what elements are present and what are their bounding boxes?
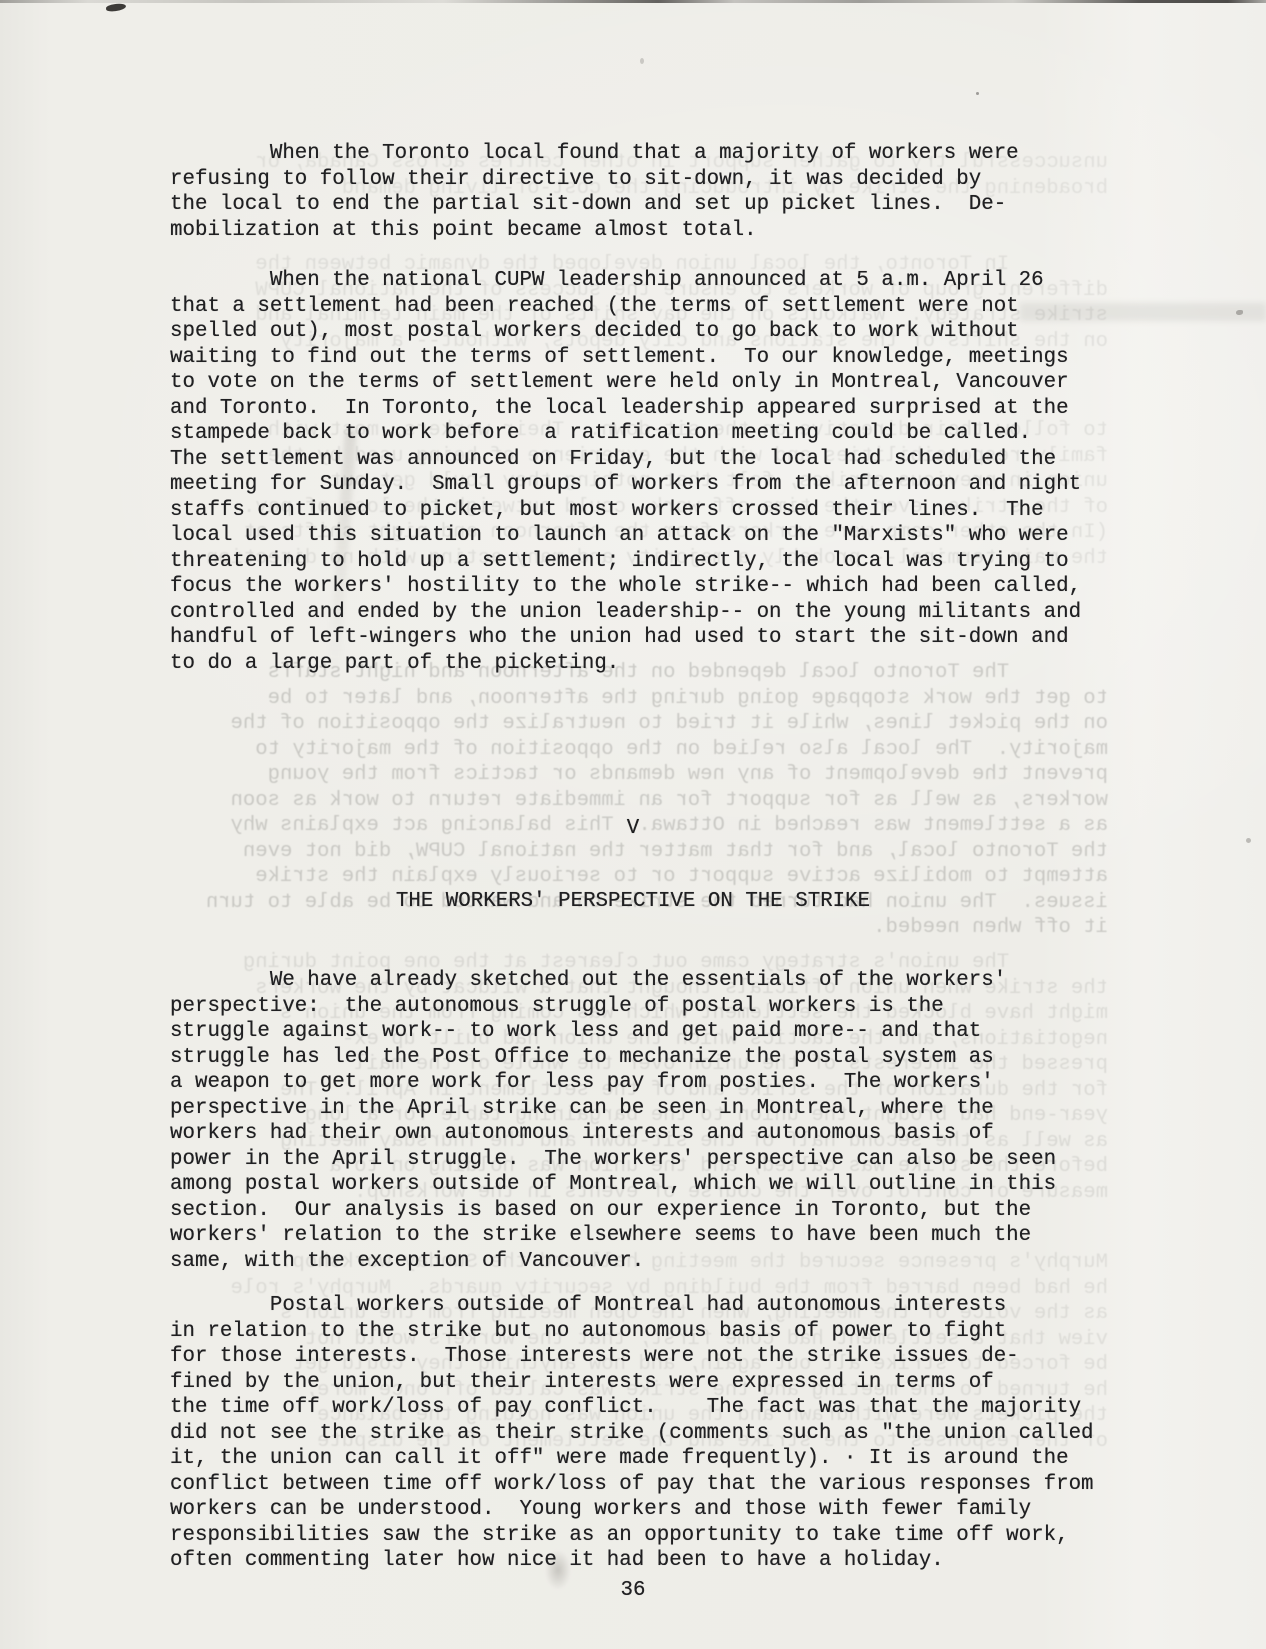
section-number: V bbox=[0, 816, 1266, 842]
document-page: unsuccessful try to gather support in ot… bbox=[0, 0, 1266, 1649]
paragraph-3: We have already sketched out the essenti… bbox=[170, 968, 1135, 1274]
paragraph-2: When the national CUPW leadership announ… bbox=[170, 268, 1135, 676]
section-title: THE WORKERS' PERSPECTIVE ON THE STRIKE bbox=[0, 889, 1266, 915]
scan-mark-blob bbox=[106, 3, 127, 12]
page-number: 36 bbox=[0, 1578, 1266, 1604]
scan-edge-artifact bbox=[0, 0, 1266, 3]
scan-speck bbox=[640, 58, 644, 64]
scan-speck bbox=[976, 92, 979, 95]
paragraph-4: Postal workers outside of Montreal had a… bbox=[170, 1293, 1135, 1574]
paragraph-1: When the Toronto local found that a majo… bbox=[170, 141, 1135, 243]
